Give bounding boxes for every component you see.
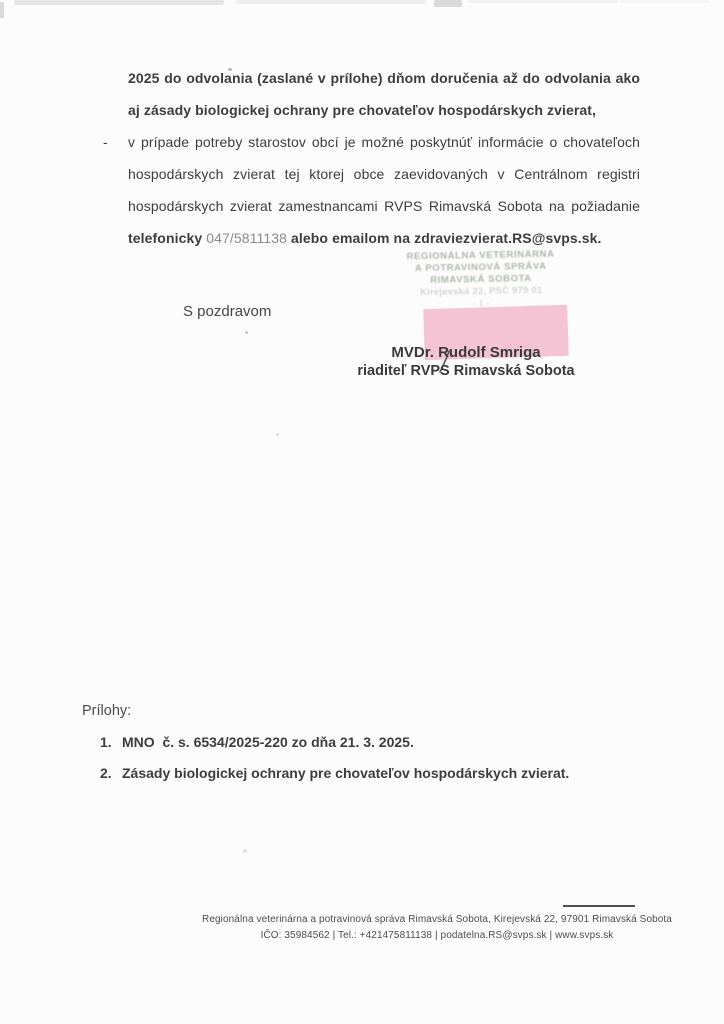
scan-speck [245,331,248,334]
attachments-heading: Prílohy: [82,703,131,719]
emphasis-telefonicky: telefonicky [128,230,202,246]
scan-artifact-strip [14,0,224,5]
salutation: S pozdravom [183,303,271,320]
scan-artifact-edge [0,2,4,18]
office-stamp: REGIONÁLNA VETERINÁRNA A POTRAVINOVÁ SPR… [391,248,570,311]
scan-artifact-strip [434,0,462,7]
paragraph-text: v prípade potreby starostov obcí je možn… [128,134,640,214]
attachment-number: 2. [100,765,122,781]
phone-number: 047/5811138 [202,230,291,246]
footer-address-line: Regionálna veterinárna a potravinová spr… [178,912,696,928]
signatory-block: MVDr. Rudolf Smriga riaditeľ RVPS Rimavs… [355,344,577,380]
signatory-title: riaditeľ RVPS Rimavská Sobota [355,362,577,380]
scan-artifact-strip [620,0,710,3]
attachment-text: MNO č. s. 6534/2025-220 zo dňa 21. 3. 20… [122,734,414,750]
emphasis-email: alebo emailom na zdraviezvierat.RS@svps.… [291,230,602,246]
attachments-list: 1. MNO č. s. 6534/2025-220 zo dňa 21. 3.… [100,734,569,796]
footer: Regionálna veterinárna a potravinová spr… [178,912,696,943]
attachment-item: 1. MNO č. s. 6534/2025-220 zo dňa 21. 3.… [100,734,569,750]
footer-contact-line: IČO: 35984562 | Tel.: +421475811138 | po… [178,928,696,944]
list-bullet-dash: - [103,126,108,158]
footer-separator-line [563,905,635,907]
attachment-item: 2. Zásady biologickej ochrany pre chovat… [100,765,569,781]
paragraph-continuation: 2025 do odvolania (zaslané v prílohe) dň… [128,62,640,126]
scan-speck [276,433,279,436]
signatory-name: MVDr. Rudolf Smriga [355,344,577,362]
scan-speck [243,849,247,853]
scan-artifact-strip [236,0,426,4]
letter-body: 2025 do odvolania (zaslané v prílohe) dň… [128,62,640,254]
attachment-number: 1. [100,734,122,750]
scan-artifact-strip [468,0,618,3]
paragraph-bullet-info: v prípade potreby starostov obcí je možn… [128,126,640,254]
scanned-letter-page: - 2025 do odvolania (zaslané v prílohe) … [0,0,724,1024]
attachment-text: Zásady biologickej ochrany pre chovateľo… [122,765,569,781]
